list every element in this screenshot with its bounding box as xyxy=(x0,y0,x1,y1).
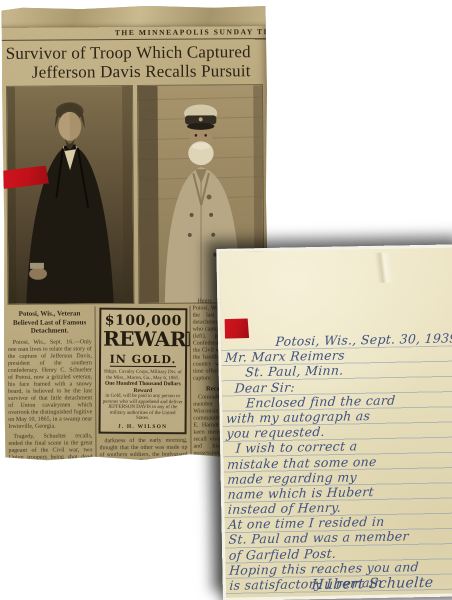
article-paragraph: Tragedy, Schuelter recalls, ended the fi… xyxy=(8,433,92,462)
reward-fine-print-bold: One Hundred Thousand Dollars Reward xyxy=(103,381,183,395)
reward-signature: J. H. WILSON xyxy=(103,423,183,430)
article-paragraphs: Potosi, Wis., Sept. 16.—Only one man liv… xyxy=(8,339,93,462)
headline: Survivor of Troop Which Captured Jeffers… xyxy=(2,42,267,82)
photo-jefferson-davis xyxy=(6,85,135,305)
letter-body: Potosi, Wis., Sept. 30, 1939Mr. Marx Rei… xyxy=(224,330,452,595)
reward-fine-print-body: in Gold, will be paid to any person or p… xyxy=(103,394,183,422)
headline-line-2: Jefferson Davis Recalls Pursuit xyxy=(2,61,267,82)
jefferson-davis-portrait-illustration xyxy=(7,86,134,304)
handwritten-letter: Potosi, Wis., Sept. 30, 1939Mr. Marx Rei… xyxy=(216,244,452,600)
reward-in-gold: IN GOLD. xyxy=(110,353,177,367)
article-paragraph: darkness of the early morning, thought t… xyxy=(99,437,187,461)
masthead-rule xyxy=(2,38,267,41)
reward-fine-print-top: Hdqrs. Cavalry Corps, Military Div. of t… xyxy=(103,370,183,382)
reward-handbill: $100,000 REWARD! IN GOLD. Hdqrs. Cavalry… xyxy=(99,308,188,434)
reward-word: REWARD! xyxy=(103,329,183,351)
article-column-2: $100,000 REWARD! IN GOLD. Hdqrs. Cavalry… xyxy=(95,306,192,462)
newspaper-masthead: THE MINNEAPOLIS SUNDAY TR xyxy=(2,27,271,38)
clipping-top-edge xyxy=(1,5,266,28)
paper-crease xyxy=(299,251,452,284)
letter-paper: Potosi, Wis., Sept. 30, 1939Mr. Marx Rei… xyxy=(216,244,452,600)
headline-line-1: Survivor of Troop Which Captured xyxy=(2,42,267,63)
article-column-1: Potosi, Wis., Veteran Believed Last of F… xyxy=(6,306,96,462)
article-paragraph: Potosi, Wis., Sept. 16.—Only one man liv… xyxy=(8,339,93,431)
scan-of-documents: THE MINNEAPOLIS SUNDAY TR Survivor of Tr… xyxy=(0,0,452,600)
letter-line: Hubert Schuelte xyxy=(229,575,452,595)
article-subheading: Potosi, Wis., Veteran Believed Last of F… xyxy=(8,309,92,335)
